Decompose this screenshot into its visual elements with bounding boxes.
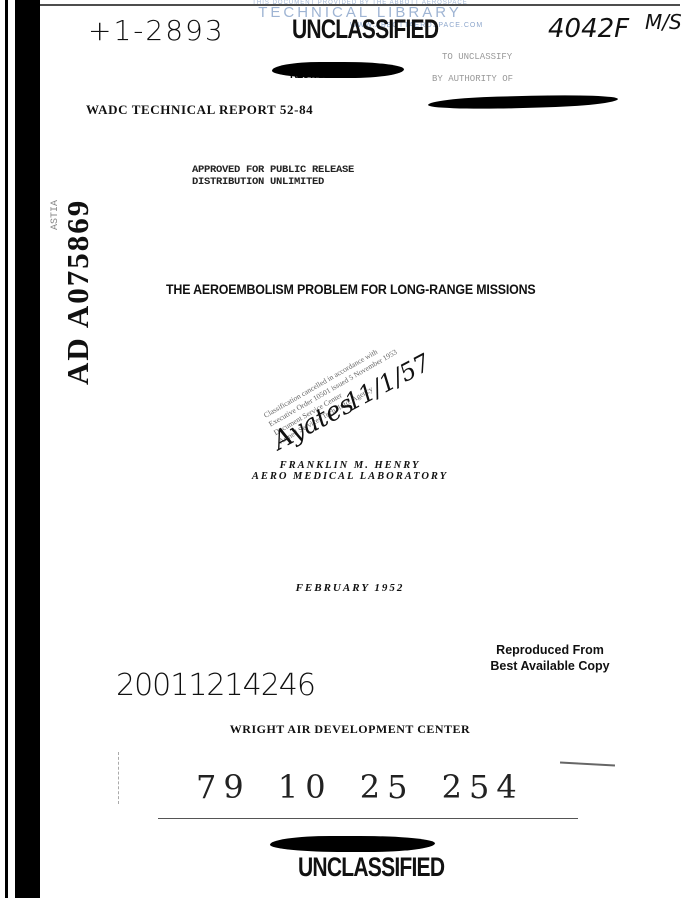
handwritten-accession-number: 20011214246: [116, 668, 315, 703]
ad-number-stamp: AD A075869: [60, 199, 96, 385]
classification-stamp-bottom: UNCLASSIFIED: [298, 852, 444, 883]
handwritten-doc-number: +1-2893: [88, 14, 225, 47]
serial-dash: [560, 762, 615, 767]
reproduced-notice: Reproduced From Best Available Copy: [470, 642, 630, 674]
redaction-bar-bottom: [270, 836, 435, 852]
faint-stamp-line1: TO UNCLASSIFY: [442, 52, 512, 62]
serial-underline: [158, 818, 578, 819]
serial-number: 79 10 25 254: [196, 768, 524, 806]
scan-edge-thin: [5, 0, 8, 898]
report-number: WADC TECHNICAL REPORT 52-84: [86, 102, 313, 118]
serial-box-edge: [118, 752, 120, 804]
redaction-bar-right: [428, 94, 618, 111]
classification-stamp-top: UNCLASSIFIED: [292, 14, 438, 45]
author-affiliation: AERO MEDICAL LABORATORY: [0, 471, 700, 482]
classification-stamp-redacted: RESTRICTED: [290, 66, 347, 81]
vertical-faint-stamp: ASTIA: [50, 200, 61, 230]
organization: WRIGHT AIR DEVELOPMENT CENTER: [0, 722, 700, 737]
report-title: THE AEROEMBOLISM PROBLEM FOR LONG-RANGE …: [166, 282, 536, 297]
handwritten-catalog-number: 4042F: [548, 14, 629, 44]
release-stamp: APPROVED FOR PUBLIC RELEASE DISTRIBUTION…: [192, 164, 354, 188]
faint-stamp-line2: BY AUTHORITY OF: [432, 74, 513, 84]
author-block: FRANKLIN M. HENRY AERO MEDICAL LABORATOR…: [0, 460, 700, 482]
scan-edge-binding: [15, 0, 40, 898]
handwritten-initials: M/S: [645, 10, 682, 34]
release-line-1: APPROVED FOR PUBLIC RELEASE: [192, 164, 354, 176]
report-date: FEBRUARY 1952: [0, 582, 700, 594]
author-name: FRANKLIN M. HENRY: [0, 460, 700, 471]
release-line-2: DISTRIBUTION UNLIMITED: [192, 176, 354, 188]
